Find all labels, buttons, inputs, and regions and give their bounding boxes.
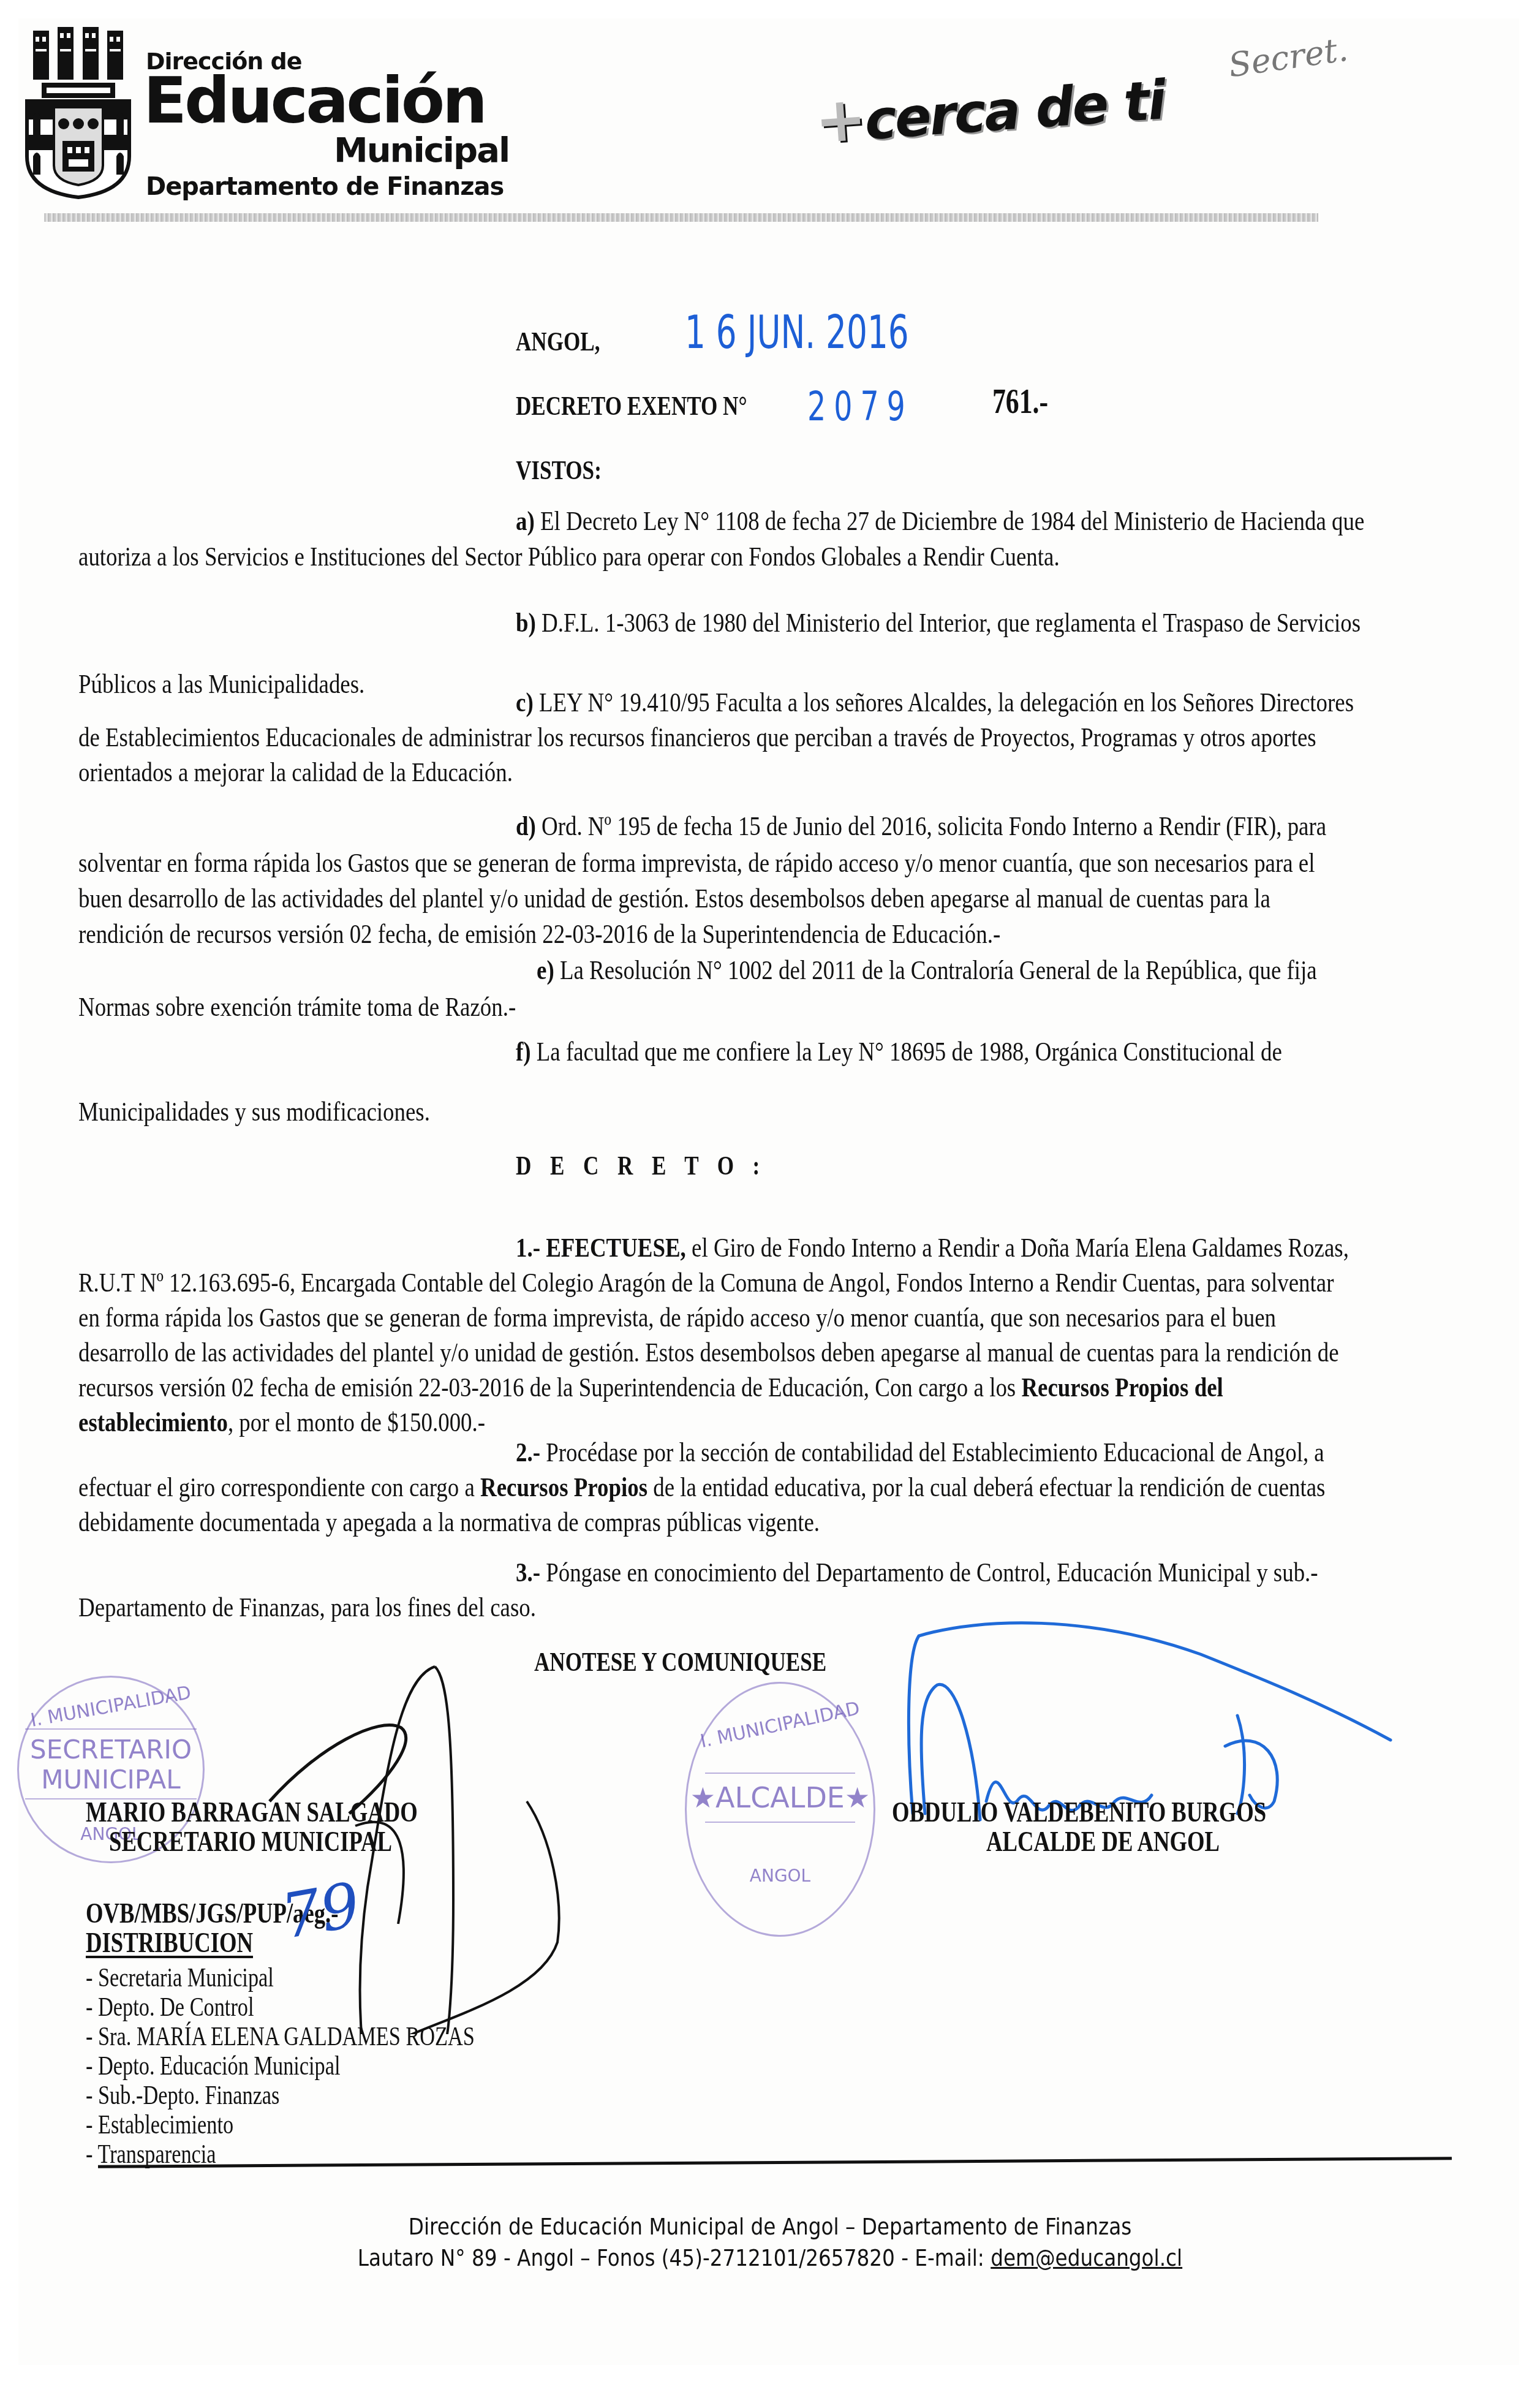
decree-label: DECRETO EXENTO N° <box>516 392 747 420</box>
decree-stamp-number: 2079 <box>807 383 913 430</box>
mayor-title: ALCALDE DE ANGOL <box>986 1828 1220 1856</box>
footer-line-2: Lautaro N° 89 - Angol – Fonos (45)-27121… <box>108 2244 1432 2271</box>
decreto-heading: D E C R E T O : <box>516 1152 766 1179</box>
vistos-line: a) El Decreto Ley N° 1108 de fecha 27 de… <box>78 504 1540 539</box>
distribution-item: - Sub.-Depto. Finanzas <box>86 2082 279 2109</box>
distribution-item: - Secretaria Municipal <box>86 1964 274 1991</box>
vistos-text: Ord. Nº 195 de fecha 15 de Junio del 201… <box>542 811 1326 841</box>
article-3: 3.- Póngase en conocimiento del Departam… <box>78 1555 1436 1625</box>
distribution-item: - Depto. Educación Municipal <box>86 2053 341 2079</box>
article-2-bold: Recursos Propios <box>480 1472 647 1502</box>
article-3-text: Póngase en conocimiento del Departamento… <box>546 1557 1318 1587</box>
article-2-text: efectuar el giro correspondiente con car… <box>78 1472 475 1502</box>
letterhead-divider <box>44 213 1318 222</box>
letterhead-title: Educación <box>143 69 485 132</box>
secretary-title: SECRETARIO MUNICIPAL <box>109 1828 392 1856</box>
seal-center-text: MUNICIPAL <box>19 1765 203 1795</box>
article-2-text: de la entidad educativa, por la cual deb… <box>653 1472 1325 1502</box>
vistos-line: orientados a mejorar la calidad de la Ed… <box>78 755 1436 790</box>
vistos-item-label: a) <box>516 505 540 536</box>
distribution-heading: DISTRIBUCION <box>86 1929 253 1958</box>
mayor-name: OBDULIO VALDEBENITO BURGOS <box>892 1798 1266 1827</box>
article-2-number: 2.- <box>516 1437 540 1467</box>
vistos-line: Normas sobre exención trámite toma de Ra… <box>78 990 1436 1024</box>
distribution-item: - Depto. De Control <box>86 1994 254 2021</box>
vistos-text: orientados a mejorar la calidad de la Ed… <box>78 757 513 787</box>
vistos-item-label: b) <box>516 607 542 638</box>
distribution-item: - Sra. MARÍA ELENA GALDAMES ROZAS <box>86 2023 475 2050</box>
vistos-text: buen desarrollo de las actividades del p… <box>78 883 1270 914</box>
vistos-text: La Resolución N° 1002 del 2011 de la Con… <box>560 955 1317 985</box>
article-2-line: 2.- Procédase por la sección de contabil… <box>78 1435 1436 1470</box>
article-1-text: recursos versión 02 fecha de emisión 22-… <box>78 1372 1016 1402</box>
vistos-item-label: d) <box>516 811 542 841</box>
municipal-coat-of-arms-icon <box>25 25 132 199</box>
vistos-text: LEY N° 19.410/95 Faculta a los señores A… <box>539 687 1354 717</box>
vistos-text: El Decreto Ley N° 1108 de fecha 27 de Di… <box>540 505 1364 536</box>
date-stamp: 1 6 JUN. 2016 <box>685 306 909 359</box>
article-1: 1.- EFECTUESE, el Giro de Fondo Interno … <box>78 1230 1436 1440</box>
vistos-line: b) D.F.L. 1-3063 de 1980 del Ministerio … <box>78 605 1540 640</box>
letterhead-line-3: Municipal <box>334 131 509 170</box>
vistos-text: de Establecimientos Educacionales de adm… <box>78 722 1316 752</box>
vistos-text: La facultad que me confiere la Ley N° 18… <box>537 1036 1282 1067</box>
article-1-line: R.U.T Nº 12.163.695-6, Encargada Contabl… <box>78 1265 1436 1300</box>
mayor-seal: I. MUNICIPALIDAD ★ALCALDE★ ANGOL <box>685 1682 875 1937</box>
city-label: ANGOL, <box>516 328 600 355</box>
article-2: 2.- Procédase por la sección de contabil… <box>78 1435 1436 1540</box>
footer-email-link[interactable]: dem@educangol.cl <box>991 2244 1182 2271</box>
footer-line-1: Dirección de Educación Municipal de Ango… <box>108 2213 1432 2240</box>
vistos-item-label: e) <box>537 955 560 985</box>
secretary-name: MARIO BARRAGAN SALGADO <box>86 1798 418 1827</box>
article-2-line: efectuar el giro correspondiente con car… <box>78 1470 1436 1505</box>
vistos-line: solventar en forma rápida los Gastos que… <box>78 846 1436 880</box>
article-1-line: desarrollo de las actividades del plante… <box>78 1335 1436 1370</box>
vistos-line: d) Ord. Nº 195 de fecha 15 de Junio del … <box>78 809 1540 844</box>
article-2-text: Procédase por la sección de contabilidad… <box>546 1437 1324 1467</box>
vistos-text: solventar en forma rápida los Gastos que… <box>78 847 1315 878</box>
vistos-line: autoriza a los Servicios e Instituciones… <box>78 539 1436 574</box>
vistos-line: rendición de recursos versión 02 fecha, … <box>78 917 1436 952</box>
vistos-line: c) LEY N° 19.410/95 Faculta a los señore… <box>78 685 1540 720</box>
vistos-line: f) La facultad que me confiere la Ley N°… <box>78 1034 1540 1069</box>
decree-number: 761.- <box>992 385 1048 419</box>
article-1-line: recursos versión 02 fecha de emisión 22-… <box>78 1370 1436 1405</box>
vistos-text: D.F.L. 1-3063 de 1980 del Ministerio del… <box>542 607 1361 638</box>
distribution-item: - Transparencia <box>86 2141 216 2168</box>
seal-center-text: ★ALCALDE★ <box>687 1781 874 1814</box>
vistos-text: Normas sobre exención trámite toma de Ra… <box>78 991 516 1022</box>
footer-address: Lautaro N° 89 - Angol – Fonos (45)-27121… <box>358 2244 991 2271</box>
vistos-text: Municipalidades y sus modificaciones. <box>78 1096 430 1127</box>
vistos-line: buen desarrollo de las actividades del p… <box>78 881 1436 916</box>
vistos-line: e) La Resolución N° 1002 del 2011 de la … <box>78 953 1540 988</box>
article-3-line: 3.- Póngase en conocimiento del Departam… <box>78 1555 1436 1590</box>
vistos-heading: VISTOS: <box>516 456 602 484</box>
article-1-number: 1.- <box>516 1232 540 1263</box>
distribution-item: - Establecimiento <box>86 2111 233 2138</box>
vistos-text: rendición de recursos versión 02 fecha, … <box>78 918 1000 949</box>
article-1-keyword: EFECTUESE, <box>546 1232 686 1263</box>
article-1-line: en forma rápida los Gastos que se genera… <box>78 1300 1436 1335</box>
distribution-heading-text: DISTRIBUCION <box>86 1927 253 1959</box>
article-1-bold: Recursos Propios del <box>1021 1372 1223 1402</box>
article-2-line: debidamente documentada y apegada a la n… <box>78 1505 1436 1540</box>
vistos-line: Municipalidades y sus modificaciones. <box>78 1094 1436 1129</box>
article-3-number: 3.- <box>516 1557 540 1587</box>
vistos-text: autoriza a los Servicios e Instituciones… <box>78 541 1060 572</box>
seal-center-text: SECRETARIO <box>19 1735 203 1765</box>
vistos-line: de Establecimientos Educacionales de adm… <box>78 720 1436 755</box>
article-1-amount: , por el monto de $150.000.- <box>228 1407 485 1437</box>
article-1-bold: establecimiento <box>78 1407 228 1437</box>
letterhead-department: Departamento de Finanzas <box>146 173 504 201</box>
seal-bottom-text: ANGOL <box>687 1866 874 1886</box>
handwritten-initials: 79 <box>276 1869 366 1953</box>
anotese-comuniquese: ANOTESE Y COMUNIQUESE <box>534 1648 826 1676</box>
vistos-item-label: f) <box>516 1036 537 1067</box>
article-1-text: el Giro de Fondo Interno a Rendir a Doña… <box>692 1232 1349 1263</box>
slogan-plus: + <box>813 82 867 157</box>
vistos-item-label: c) <box>516 687 539 717</box>
article-1-line: 1.- EFECTUESE, el Giro de Fondo Interno … <box>78 1230 1436 1265</box>
